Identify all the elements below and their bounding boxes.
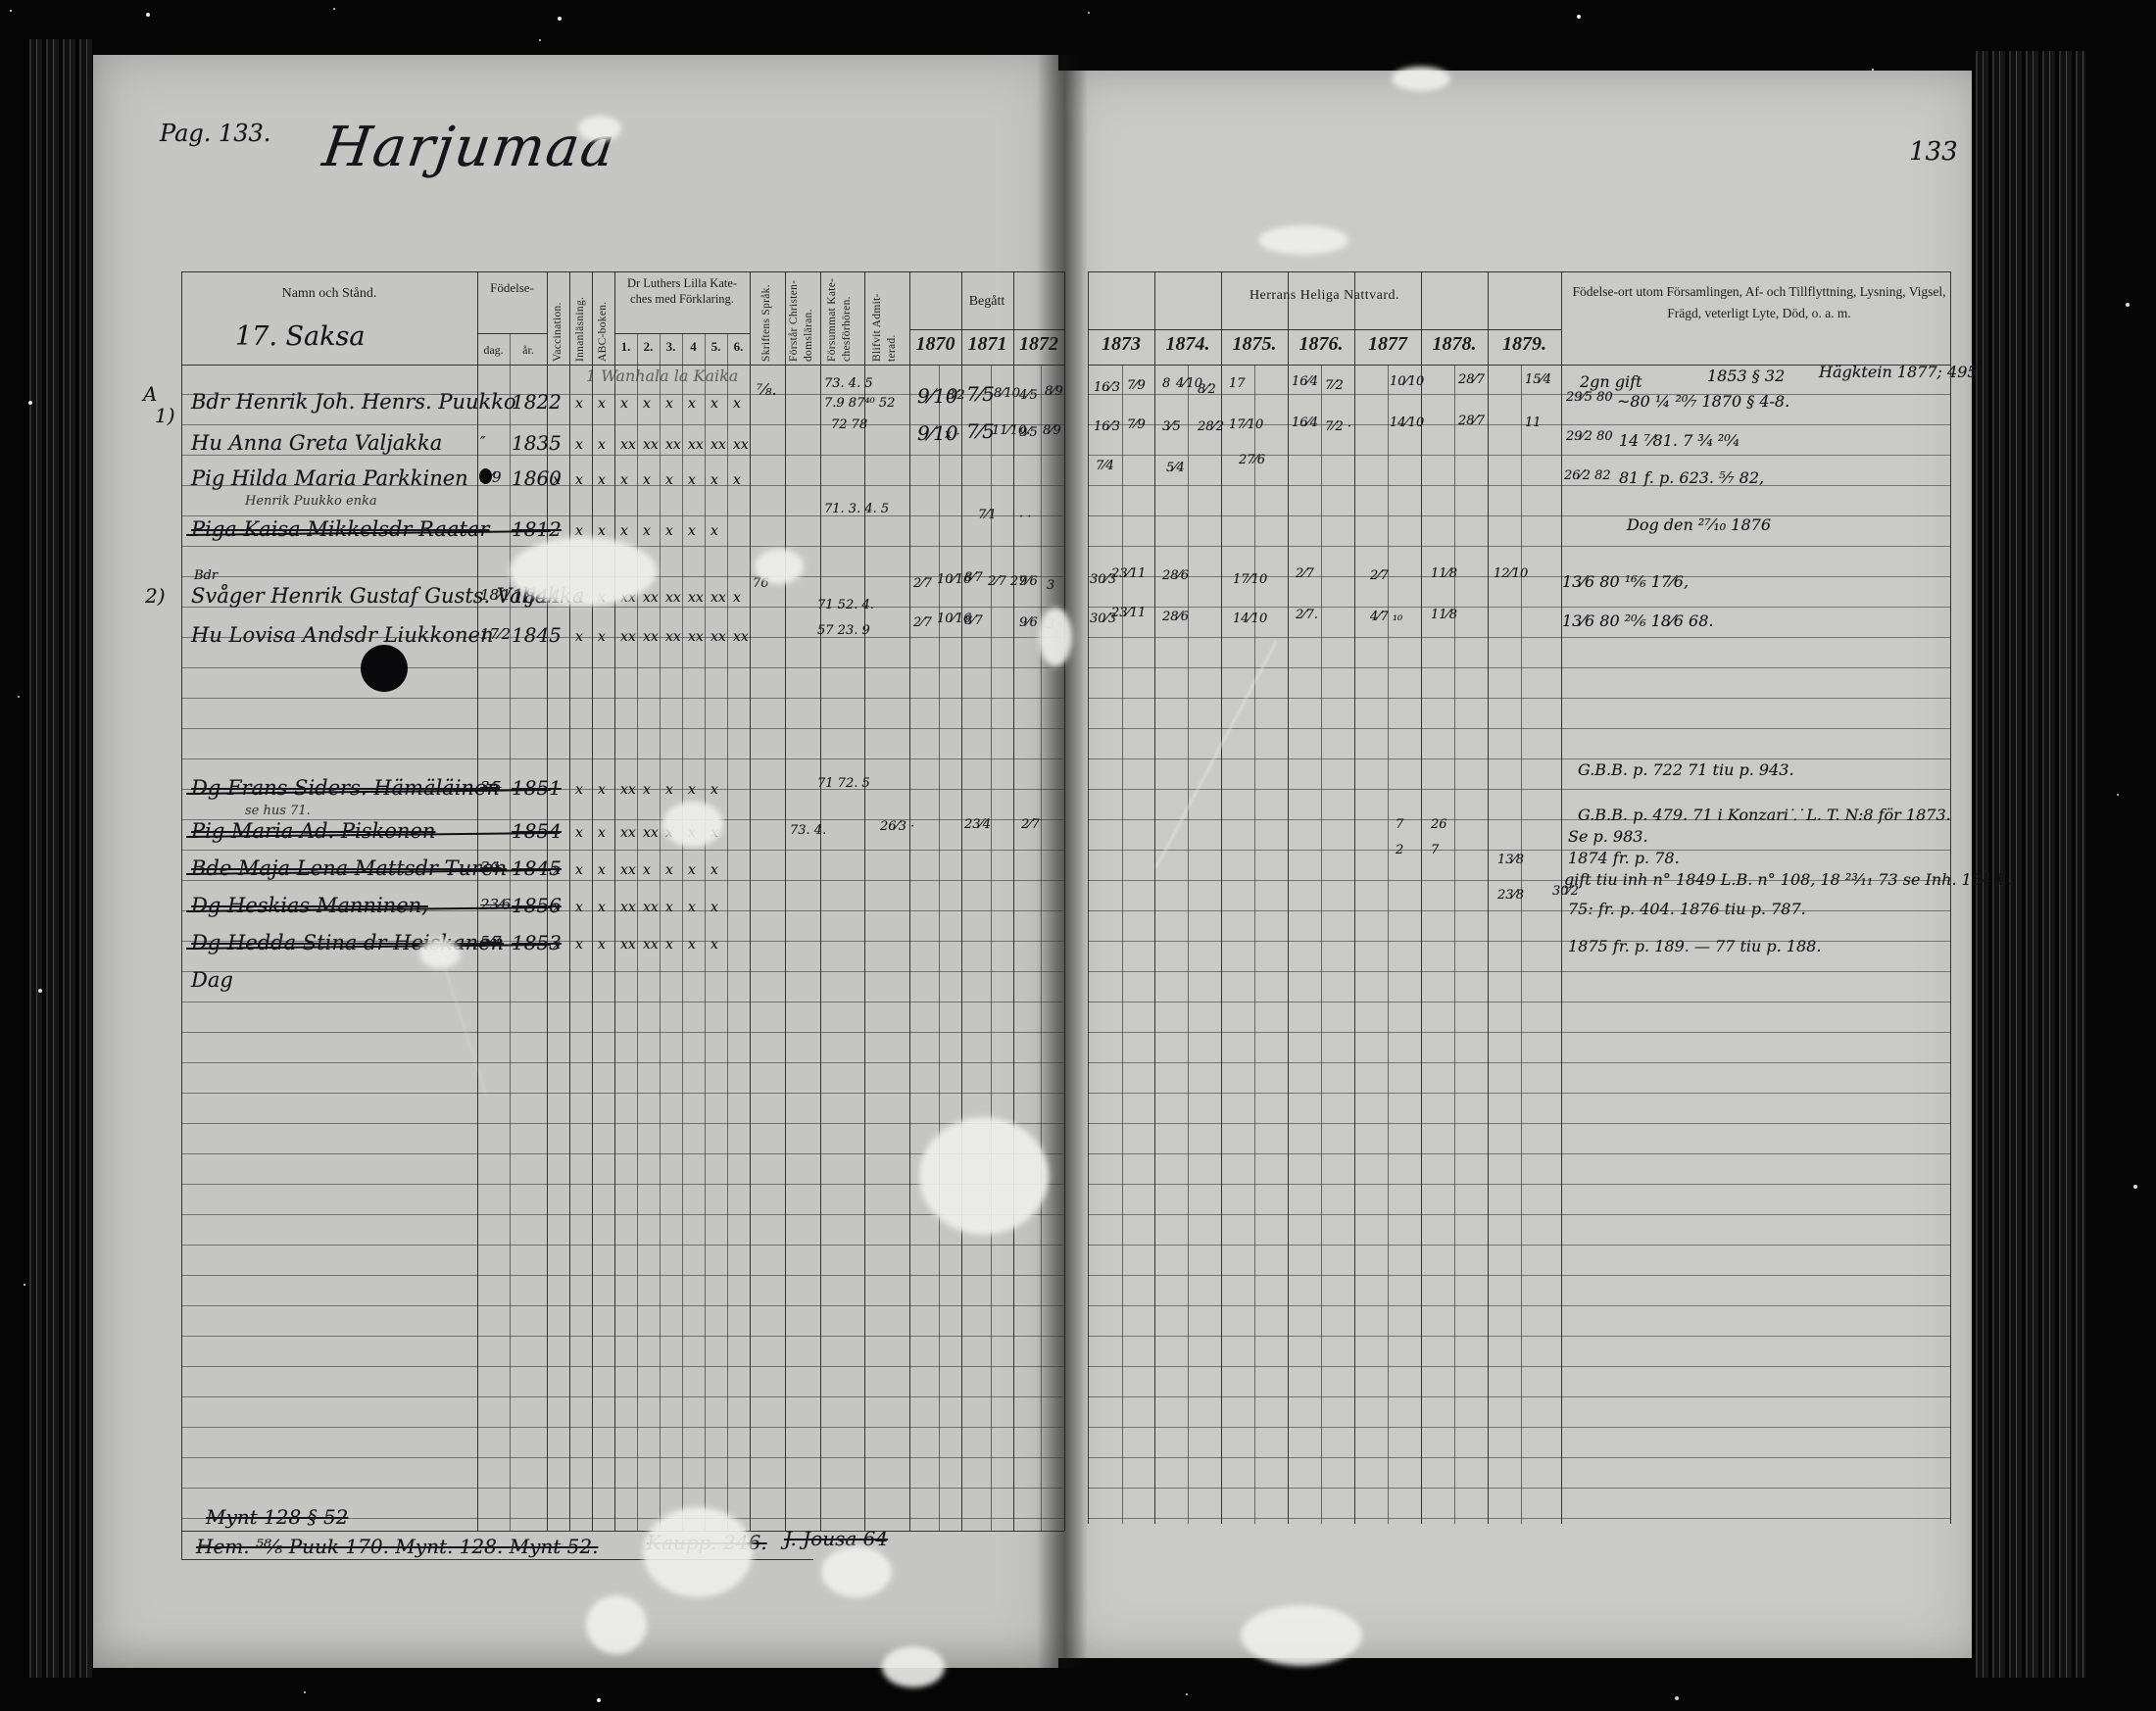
handwritten-note: 2 bbox=[1396, 843, 1403, 857]
village-heading: 17. Saksa bbox=[235, 321, 365, 352]
col-header-year: 1876. bbox=[1288, 333, 1354, 356]
col-header-missed-line2: chesförhören. bbox=[841, 275, 854, 362]
handwritten-note: 16⁄4 bbox=[1292, 416, 1318, 430]
grid-line bbox=[181, 365, 1064, 366]
handwritten-note: 7 bbox=[1396, 817, 1403, 832]
col-header-year: 1873 bbox=[1088, 333, 1154, 356]
col-header-remarks-line2: Frägd, veterligt Lyte, Död, o. a. m. bbox=[1568, 306, 1950, 321]
check-mark: xx bbox=[643, 590, 659, 606]
birth-day-cell: 3⁄1 bbox=[480, 858, 502, 876]
col-header-understands-line1: Förstår Christen- bbox=[788, 275, 801, 362]
grid-line bbox=[909, 271, 910, 1531]
check-mark: x bbox=[710, 862, 718, 878]
check-mark: x bbox=[598, 396, 606, 412]
grid-line bbox=[1454, 365, 1455, 1524]
paper-damage bbox=[1241, 1605, 1362, 1666]
grid-line bbox=[1013, 271, 1014, 1531]
handwritten-note: 7 bbox=[1431, 843, 1439, 857]
col-header-begatt: Begått bbox=[909, 294, 1064, 310]
page-number-left: Pag. 133. bbox=[160, 120, 270, 147]
grid-line bbox=[1221, 271, 1222, 1524]
col-header-year: 4 bbox=[682, 339, 705, 355]
check-mark: xx bbox=[688, 590, 704, 606]
check-mark: xx bbox=[620, 825, 636, 841]
check-mark: x bbox=[643, 782, 651, 798]
check-mark: x bbox=[733, 396, 741, 412]
check-mark: x bbox=[643, 396, 651, 412]
grid-line bbox=[705, 333, 706, 1531]
handwritten-note: 8⁄2 bbox=[1198, 382, 1216, 397]
col-header-year: 3. bbox=[660, 339, 682, 355]
check-mark: x bbox=[710, 523, 718, 539]
check-mark: x bbox=[620, 472, 628, 488]
handwritten-note: ~80 ¼ ²⁰⁄₇ 1870 § 4-8. bbox=[1617, 392, 1789, 411]
grid-line bbox=[1388, 365, 1389, 1524]
handwritten-note: 75: fr. p. 404. 1876 tiu p. 787. bbox=[1568, 900, 1806, 918]
check-mark: xx bbox=[643, 437, 659, 453]
grid-line bbox=[961, 271, 962, 1531]
paper-damage bbox=[755, 549, 804, 584]
handwritten-note: 2⁄7 bbox=[913, 615, 932, 630]
handwritten-note: 7⁄9 bbox=[1127, 378, 1146, 393]
handwritten-note: 7⁄5 bbox=[966, 382, 995, 406]
grid-line bbox=[1321, 365, 1322, 1524]
handwritten-note: 7⁄9 bbox=[1127, 417, 1146, 432]
check-mark: xx bbox=[710, 629, 726, 645]
handwritten-note: 72 78 bbox=[831, 417, 867, 432]
page-title: Harjumaa bbox=[318, 116, 619, 179]
grid-line bbox=[750, 271, 751, 1531]
col-header-admitted-line1: Blifvit Admit- bbox=[871, 275, 884, 362]
handwritten-note: 16⁄4 bbox=[1292, 374, 1318, 389]
check-mark: x bbox=[620, 523, 628, 539]
handwritten-note: 11⁄8 bbox=[1431, 608, 1457, 622]
paper-damage bbox=[1039, 608, 1072, 666]
col-header-year: 1871 bbox=[961, 333, 1013, 356]
col-header-vaccination: Vaccination. bbox=[552, 275, 564, 362]
check-mark: xx bbox=[688, 629, 704, 645]
handwritten-note: 9⁄6 bbox=[1019, 615, 1038, 630]
handwritten-note: 7⁄4 bbox=[1096, 459, 1114, 473]
check-mark: x bbox=[575, 437, 583, 453]
check-mark: x bbox=[643, 862, 651, 878]
birth-year-cell: 1822 bbox=[512, 390, 562, 414]
handwritten-note: 1874 fr. p. 78. bbox=[1568, 849, 1680, 867]
grid-line bbox=[1950, 271, 1951, 1524]
handwritten-note: 14⁄10 bbox=[1233, 611, 1267, 626]
birth-day-cell: 5⁄7 bbox=[480, 933, 502, 951]
check-mark: x bbox=[710, 937, 718, 953]
check-mark: x bbox=[553, 937, 561, 953]
handwritten-note: 9⁄5 bbox=[1019, 425, 1038, 440]
check-mark: x bbox=[575, 937, 583, 953]
grid-line bbox=[1088, 329, 1561, 330]
handwritten-note: G.B.B. p. 479. 71 i Konzari⸪ L. T. N:8 f… bbox=[1578, 804, 1951, 825]
scanned-register-page: Pag. 133. Harjumaa 133 Namn och Stånd. 1… bbox=[0, 0, 2156, 1711]
check-mark: x bbox=[688, 782, 696, 798]
page-number-right: 133 bbox=[1909, 137, 1958, 167]
birth-year-cell: 1835 bbox=[512, 431, 562, 455]
birth-day-cell: ″ bbox=[480, 433, 486, 451]
check-mark: xx bbox=[733, 629, 749, 645]
handwritten-note: G.B.B. p. 722 71 tiu p. 943. bbox=[1578, 760, 1794, 779]
paper-damage bbox=[1258, 225, 1348, 255]
col-header-kateches-line2: ches med Förklaring. bbox=[614, 292, 750, 307]
handwritten-note: 7⁄2 · bbox=[1325, 419, 1351, 434]
handwritten-note: 7⁄1 bbox=[978, 508, 997, 522]
birth-day-cell: 23⁄6 bbox=[480, 896, 511, 913]
grid-line bbox=[909, 329, 1064, 330]
col-header-year: 6. bbox=[727, 339, 750, 355]
handwritten-note: 2⁄7 bbox=[913, 576, 932, 591]
handwritten-note: Se p. 983. bbox=[1568, 827, 1648, 846]
check-mark: x bbox=[665, 900, 673, 915]
handwritten-note: 9⁄6 bbox=[1019, 574, 1038, 589]
dust-specks bbox=[10, 10, 12, 12]
handwritten-note: 23⁄8 bbox=[1497, 888, 1524, 903]
handwritten-note: 5⁄4 bbox=[1166, 461, 1185, 475]
grid-line bbox=[569, 271, 570, 1531]
check-mark: x bbox=[620, 396, 628, 412]
handwritten-note: 26 bbox=[1431, 817, 1447, 832]
check-mark: xx bbox=[733, 437, 749, 453]
check-mark: x bbox=[665, 523, 673, 539]
handwritten-note: gift tiu inh n° 1849 L.B. n° 108, 18 ²³⁄… bbox=[1564, 870, 2012, 889]
paper-damage bbox=[586, 1595, 647, 1654]
paper-damage bbox=[643, 1507, 753, 1597]
entry-subnote: Henrik Puukko enka bbox=[245, 494, 377, 509]
entry-name: Dg Frans Siders. Hämäläinen bbox=[191, 776, 500, 800]
grid-line bbox=[637, 333, 638, 1531]
birth-year-cell: 1845 bbox=[512, 623, 562, 647]
handwritten-note: 71 52. 4. bbox=[817, 598, 874, 612]
grid-line bbox=[1488, 271, 1489, 1524]
check-mark: xx bbox=[643, 900, 659, 915]
grid-line bbox=[477, 271, 478, 1531]
check-mark: x bbox=[665, 396, 673, 412]
grid-line bbox=[510, 333, 511, 1531]
handwritten-note: 13⁄6 80 ²⁰⁄₆ 18⁄6 68. bbox=[1562, 611, 1713, 630]
handwritten-note: 71. 3. 4. 5 bbox=[824, 502, 889, 516]
entry-subnote: se hus 71. bbox=[245, 804, 311, 818]
check-mark: x bbox=[688, 937, 696, 953]
paper-damage bbox=[510, 537, 657, 606]
entry-name: Bde Maja Lena Mattsdr Turen bbox=[191, 856, 507, 880]
handwritten-note: 8⁄7 bbox=[964, 613, 983, 628]
handwritten-note: x · bbox=[945, 427, 960, 442]
handwritten-note: 17⁄10 bbox=[1229, 417, 1263, 432]
handwritten-note: 8⁄2 bbox=[947, 388, 965, 403]
grid-line bbox=[785, 271, 786, 1531]
check-mark: x bbox=[710, 782, 718, 798]
handwritten-note: 11⁄8 bbox=[1431, 566, 1457, 581]
check-mark: xx bbox=[710, 590, 726, 606]
ink-blot bbox=[361, 645, 408, 692]
check-mark: xx bbox=[620, 900, 636, 915]
col-header-reading: Innanläsning. bbox=[574, 275, 587, 362]
handwritten-note: 4⁄7 ₁₀ bbox=[1370, 610, 1402, 624]
check-mark: x bbox=[575, 396, 583, 412]
paper-damage bbox=[821, 1546, 892, 1597]
check-mark: xx bbox=[620, 862, 636, 878]
check-mark: x bbox=[665, 862, 673, 878]
handwritten-note: Mynt 128 § 52 bbox=[206, 1505, 348, 1529]
col-header-year: 1877 bbox=[1354, 333, 1421, 356]
col-header-year: 2. bbox=[637, 339, 660, 355]
handwritten-note: 8⁄7 bbox=[964, 570, 983, 585]
grid-line bbox=[1521, 365, 1522, 1524]
check-mark: x bbox=[598, 782, 606, 798]
col-header-year: 1874. bbox=[1154, 333, 1221, 356]
grid-line bbox=[592, 271, 593, 1531]
handwritten-note: 16⁄3 bbox=[1094, 380, 1120, 395]
handwritten-note: 17 bbox=[1229, 376, 1246, 391]
check-mark: x bbox=[733, 590, 741, 606]
col-header-year: 5. bbox=[705, 339, 727, 355]
handwritten-note: 23⁄11 bbox=[1111, 606, 1146, 620]
check-mark: xx bbox=[710, 437, 726, 453]
entry-name: Hu Lovisa Andsdr Liukkonen bbox=[191, 623, 493, 647]
check-mark: x bbox=[598, 825, 606, 841]
handwritten-note: 7.9 87⁴⁰ 52 bbox=[824, 396, 895, 411]
check-mark: x bbox=[688, 862, 696, 878]
handwritten-note: 2⁄7 bbox=[1021, 817, 1040, 832]
check-mark: x bbox=[598, 937, 606, 953]
birth-year-cell: 1812 bbox=[512, 517, 562, 541]
check-mark: xx bbox=[643, 825, 659, 841]
col-header-year: 1878. bbox=[1421, 333, 1488, 356]
grid-line bbox=[1254, 365, 1255, 1524]
handwritten-note: 81 f. p. 623. ⁵⁄₇ 82, bbox=[1619, 468, 1764, 487]
check-mark: x bbox=[688, 900, 696, 915]
col-header-birth-year: år. bbox=[510, 343, 547, 358]
handwritten-note: 7⁄5 bbox=[966, 419, 995, 443]
book-page-edges-right bbox=[1972, 51, 2085, 1678]
check-mark: x bbox=[598, 472, 606, 488]
grid-line bbox=[1122, 365, 1123, 1524]
handwritten-note: 29⁄5 80 bbox=[1566, 390, 1613, 405]
check-mark: xx bbox=[643, 937, 659, 953]
check-mark: x bbox=[575, 862, 583, 878]
handwritten-note: 13⁄6 80 ¹⁶⁄₆ 17⁄6, bbox=[1562, 572, 1689, 591]
check-mark: x bbox=[553, 472, 561, 488]
handwritten-note: ⅞. bbox=[757, 380, 777, 399]
check-mark: xx bbox=[665, 629, 681, 645]
handwritten-note: 1) bbox=[155, 404, 175, 427]
handwritten-note: 28⁄7 bbox=[1458, 414, 1485, 428]
check-mark: x bbox=[598, 900, 606, 915]
book-page-edges-left bbox=[25, 39, 94, 1678]
grid-line bbox=[614, 333, 750, 334]
paper-damage bbox=[1392, 67, 1450, 91]
check-mark: x bbox=[575, 825, 583, 841]
birth-year-cell: 1854 bbox=[512, 819, 562, 843]
col-header-abc-book: ABC-boken. bbox=[597, 275, 610, 362]
check-mark: x bbox=[665, 937, 673, 953]
check-mark: x bbox=[598, 437, 606, 453]
check-mark: xx bbox=[620, 629, 636, 645]
grid-line bbox=[1088, 271, 1950, 272]
grid-line bbox=[181, 271, 182, 1559]
handwritten-note: 13⁄8 bbox=[1497, 853, 1524, 867]
handwritten-note: 73. 4. 5 bbox=[824, 376, 873, 391]
col-header-birth-day: dag. bbox=[477, 343, 510, 358]
col-header-kateches-line1: Dr Luthers Lilla Kate- bbox=[614, 276, 750, 291]
birth-day-cell: 18⁄1 bbox=[480, 586, 511, 604]
check-mark: xx bbox=[620, 437, 636, 453]
check-mark: x bbox=[575, 900, 583, 915]
check-mark: xx bbox=[688, 437, 704, 453]
check-mark: x bbox=[688, 396, 696, 412]
col-header-remarks-line1: Födelse-ort utom Församlingen, Af- och T… bbox=[1568, 284, 1950, 300]
paper-damage bbox=[662, 802, 723, 847]
handwritten-note: 10⁄10 bbox=[1390, 374, 1424, 389]
grid-line bbox=[1088, 271, 1089, 1524]
handwritten-note: 14 ⁷⁄81. 7 ³⁄₄ ²⁰⁄₄ bbox=[1619, 431, 1739, 450]
handwritten-note: Hägktein 1877; 495. bbox=[1819, 363, 1983, 381]
col-header-communion: Herrans Heliga Nattvard. bbox=[1088, 288, 1561, 304]
col-header-admitted-line2: terad. bbox=[886, 275, 899, 362]
grid-line bbox=[1188, 365, 1189, 1524]
handwritten-note: 27⁄6 bbox=[1239, 453, 1265, 467]
grid-line bbox=[991, 365, 992, 1531]
birth-year-cell: 1851 bbox=[512, 776, 562, 800]
handwritten-note: 73. 4. bbox=[790, 823, 826, 838]
handwritten-note: 2⁄7 bbox=[1370, 568, 1389, 583]
handwritten-note: 26⁄2 82 bbox=[1564, 468, 1611, 483]
birth-day-cell: 3⁄5 bbox=[480, 778, 502, 796]
entry-name: Dag bbox=[191, 968, 233, 992]
handwritten-note: A bbox=[143, 382, 157, 406]
entry-name: Dg Heskias Manninen, bbox=[191, 894, 428, 917]
grid-line bbox=[181, 271, 1064, 272]
grid-line bbox=[614, 271, 615, 1531]
handwritten-note: 7⁄2 bbox=[1325, 378, 1344, 393]
handwritten-note: 16⁄3 bbox=[1094, 419, 1120, 434]
handwritten-note: 2gn gift bbox=[1580, 372, 1642, 391]
handwritten-note: 28⁄6 bbox=[1162, 568, 1189, 583]
col-header-year: 1872 bbox=[1013, 333, 1064, 356]
check-mark: x bbox=[688, 472, 696, 488]
grid-line bbox=[1354, 271, 1355, 1524]
handwritten-note: 28⁄2 bbox=[1198, 419, 1224, 434]
check-mark: x bbox=[575, 629, 583, 645]
grid-line bbox=[477, 333, 547, 334]
handwritten-note: Hem. ⁵⁸⁄₈ Puuk 170. Mynt. 128. Mynt 52. bbox=[196, 1535, 598, 1558]
handwritten-note: 23⁄4 bbox=[964, 817, 991, 832]
handwritten-note: 3 bbox=[1047, 578, 1054, 593]
entry-name: Pig Hilda Maria Parkkinen bbox=[191, 466, 468, 490]
ink-blot-small bbox=[479, 468, 492, 484]
col-header-understands-line2: domsläran. bbox=[803, 275, 815, 362]
grid-line bbox=[1064, 271, 1065, 1531]
check-mark: x bbox=[688, 523, 696, 539]
check-mark: x bbox=[598, 523, 606, 539]
handwritten-note: 1853 § 32 bbox=[1707, 367, 1785, 385]
handwritten-note: 8⁄9 bbox=[1045, 384, 1063, 399]
handwritten-note: · · bbox=[1019, 510, 1031, 524]
grid-line bbox=[181, 1531, 1064, 1532]
col-header-name: Namn och Stånd. bbox=[181, 286, 477, 302]
check-mark: x bbox=[710, 900, 718, 915]
col-header-year: 1875. bbox=[1221, 333, 1288, 356]
check-mark: x bbox=[643, 523, 651, 539]
entry-name: Bdr Henrik Joh. Henrs. Puukko bbox=[191, 390, 516, 414]
handwritten-note: J. Jousa 64 bbox=[784, 1527, 888, 1550]
handwritten-note: 28⁄6 bbox=[1162, 610, 1189, 624]
grid-line bbox=[660, 333, 661, 1531]
handwritten-note: 8⁄9 bbox=[1043, 423, 1061, 438]
col-header-year: 1879. bbox=[1488, 333, 1561, 356]
handwritten-note: 26⁄3 · bbox=[880, 819, 914, 834]
birth-day-cell: 17⁄2 bbox=[480, 625, 511, 643]
handwritten-note: 3⁄5 bbox=[1162, 419, 1181, 434]
check-mark: x bbox=[598, 629, 606, 645]
handwritten-note: 71 72. 5 bbox=[817, 776, 870, 791]
grid-line bbox=[727, 333, 728, 1531]
handwritten-note: 12⁄10 bbox=[1494, 566, 1528, 581]
paper-damage bbox=[578, 116, 621, 141]
col-header-missed-line1: Försummat Kate- bbox=[826, 275, 839, 362]
paper-damage bbox=[919, 1117, 1049, 1235]
check-mark: xx bbox=[620, 937, 636, 953]
handwritten-note: 29⁄2 80 bbox=[1566, 429, 1613, 444]
entry-name: Piga Kaisa Mikkelsdr Raatar bbox=[191, 517, 489, 541]
handwritten-note: 14⁄10 bbox=[1390, 416, 1424, 430]
grid-line bbox=[820, 271, 821, 1531]
grid-line bbox=[1288, 271, 1289, 1524]
check-mark: x bbox=[665, 782, 673, 798]
handwritten-note: 1 Wanhala la Kaika bbox=[586, 367, 738, 385]
grid-line bbox=[1421, 271, 1422, 1524]
check-mark: x bbox=[643, 472, 651, 488]
check-mark: xx bbox=[665, 590, 681, 606]
check-mark: x bbox=[710, 396, 718, 412]
grid-line bbox=[1154, 271, 1155, 1524]
check-mark: x bbox=[665, 472, 673, 488]
grid-line bbox=[682, 333, 683, 1531]
check-mark: xx bbox=[665, 437, 681, 453]
col-header-birth: Födelse- bbox=[477, 280, 547, 296]
grid-line bbox=[939, 365, 940, 1531]
handwritten-note: 2) bbox=[145, 584, 166, 608]
entry-name: Pig Maria Ad. Piskonen bbox=[191, 819, 435, 843]
check-mark: x bbox=[575, 782, 583, 798]
check-mark: x bbox=[575, 472, 583, 488]
check-mark: xx bbox=[620, 782, 636, 798]
handwritten-note: 17⁄10 bbox=[1233, 572, 1267, 587]
handwritten-note: 15⁄4 bbox=[1525, 372, 1551, 387]
entry-title-note: Bdr bbox=[194, 568, 218, 583]
handwritten-note: 28⁄7 bbox=[1458, 372, 1485, 387]
handwritten-note: 4⁄5 bbox=[1019, 388, 1038, 403]
grid-line bbox=[864, 271, 865, 1531]
check-mark: x bbox=[553, 862, 561, 878]
col-header-year: 1. bbox=[614, 339, 637, 355]
grid-line bbox=[1041, 365, 1042, 1531]
handwritten-note: 8 bbox=[1162, 376, 1170, 391]
check-mark: x bbox=[710, 472, 718, 488]
entry-name: Hu Anna Greta Valjakka bbox=[191, 431, 442, 455]
check-mark: x bbox=[553, 900, 561, 915]
check-mark: xx bbox=[643, 629, 659, 645]
check-mark: x bbox=[733, 472, 741, 488]
handwritten-note: 11 bbox=[1525, 416, 1542, 430]
check-mark: x bbox=[598, 862, 606, 878]
handwritten-note: 2⁄7. bbox=[1296, 608, 1318, 622]
handwritten-note: Dog den ²⁷⁄₁₀ 1876 bbox=[1627, 515, 1771, 534]
handwritten-note: 8⁄10 bbox=[994, 386, 1020, 401]
